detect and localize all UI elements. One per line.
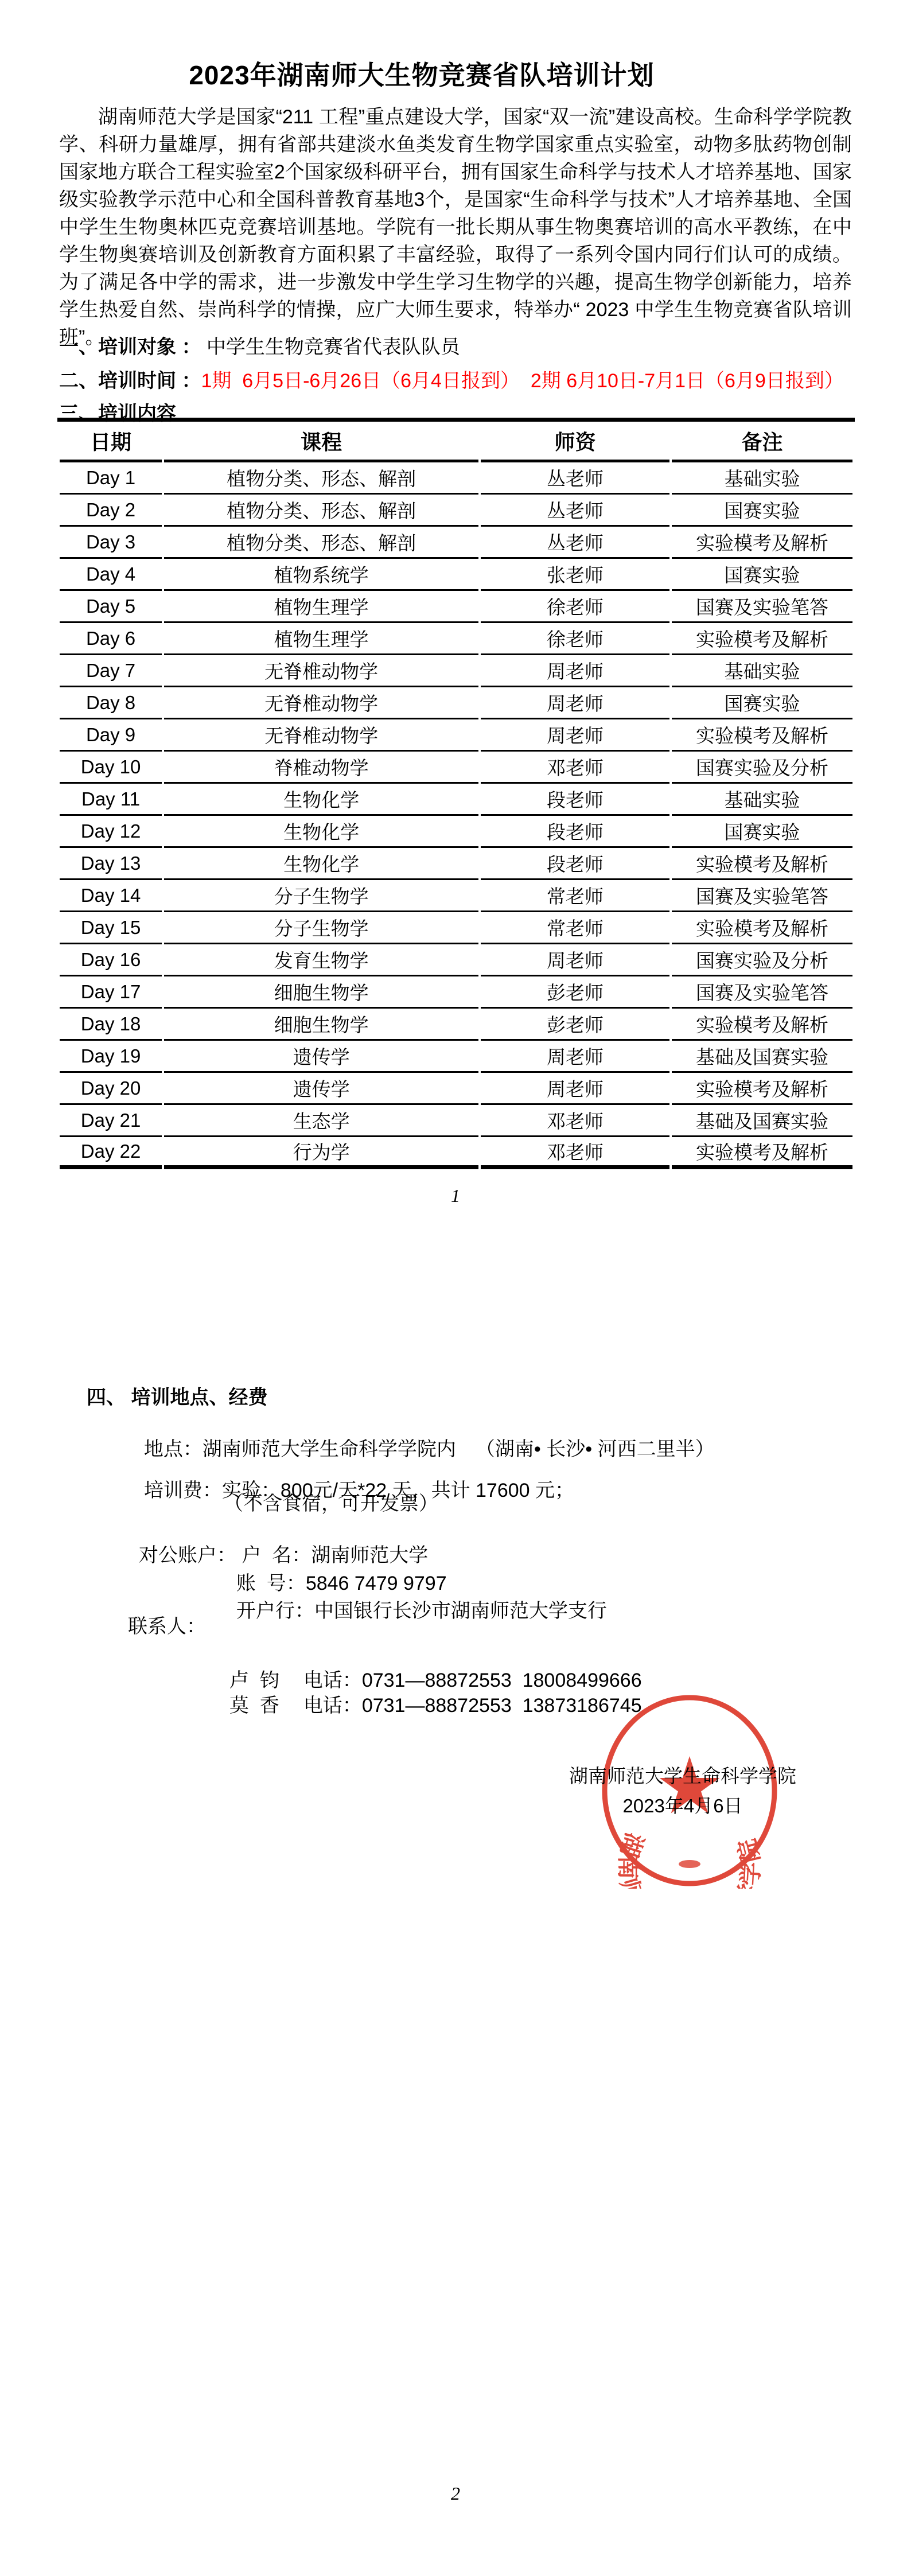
schedule-cell-note: 国赛实验 — [672, 559, 852, 591]
bank-label: 开户行： — [236, 1600, 314, 1622]
schedule-cell-course: 植物系统学 — [164, 559, 478, 591]
schedule-row: Day 18 细胞生物学 彭老师 实验模考及解析 — [60, 1009, 852, 1041]
schedule-row: Day 3 植物分类、形态、解剖 丛老师 实验模考及解析 — [60, 527, 852, 559]
schedule-cell-teacher: 周老师 — [481, 1073, 669, 1105]
schedule-cell-note: 实验模考及解析 — [672, 912, 852, 944]
schedule-cell-day: Day 5 — [60, 591, 162, 623]
schedule-cell-course: 生物化学 — [164, 848, 478, 880]
schedule-cell-teacher: 彭老师 — [481, 1009, 669, 1041]
header-course: 课程 — [164, 422, 478, 462]
schedule-cell-teacher: 邓老师 — [481, 752, 669, 784]
schedule-cell-teacher: 丛老师 — [481, 495, 669, 527]
schedule-cell-note: 基础及国赛实验 — [672, 1041, 852, 1073]
schedule-cell-day: Day 21 — [60, 1105, 162, 1137]
schedule-cell-note: 基础及国赛实验 — [672, 1105, 852, 1137]
schedule-header-row: 日期 课程 师资 备注 — [60, 422, 852, 462]
schedule-cell-teacher: 周老师 — [481, 944, 669, 976]
contact-2-phone-label: 电话： — [303, 1695, 362, 1717]
schedule-cell-note: 国赛及实验笔答 — [672, 880, 852, 912]
schedule-cell-teacher: 周老师 — [481, 655, 669, 687]
schedule-cell-teacher: 段老师 — [481, 816, 669, 848]
schedule-cell-course: 发育生物学 — [164, 944, 478, 976]
schedule-cell-note: 基础实验 — [672, 784, 852, 816]
schedule-cell-note: 国赛实验及分析 — [672, 752, 852, 784]
section1-value: 中学生生物竞赛省代表队队员 — [201, 336, 460, 358]
schedule-cell-course: 植物生理学 — [164, 591, 478, 623]
stamp-ring-text: 湖南师范大学生命科学学院 — [615, 1830, 765, 1889]
section2-label: 二、培训时间 ： — [59, 370, 201, 392]
schedule-cell-course: 遗传学 — [164, 1073, 478, 1105]
schedule-cell-course: 植物生理学 — [164, 623, 478, 655]
schedule-cell-day: Day 1 — [60, 462, 162, 495]
document-title: 2023年湖南师大生物竞赛省队培训计划 — [0, 55, 843, 92]
schedule-cell-day: Day 18 — [60, 1009, 162, 1041]
schedule-cell-day: Day 15 — [60, 912, 162, 944]
schedule-row: Day 10 脊椎动物学 邓老师 国赛实验及分析 — [60, 752, 852, 784]
schedule-cell-course: 脊椎动物学 — [164, 752, 478, 784]
schedule-cell-course: 遗传学 — [164, 1041, 478, 1073]
contacts-label: 联系人： — [128, 1610, 206, 1639]
schedule-cell-day: Day 3 — [60, 527, 162, 559]
schedule-cell-course: 植物分类、形态、解剖 — [164, 462, 478, 495]
fee-note: （不含食宿，可开发票） — [224, 1488, 438, 1516]
schedule-cell-note: 实验模考及解析 — [672, 719, 852, 752]
schedule-cell-course: 生态学 — [164, 1105, 478, 1137]
section1-label: 一、培训对象 ： — [59, 336, 201, 358]
schedule-row: Day 14 分子生物学 常老师 国赛及实验笔答 — [60, 880, 852, 912]
schedule-cell-course: 细胞生物学 — [164, 976, 478, 1009]
schedule-row: Day 13 生物化学 段老师 实验模考及解析 — [60, 848, 852, 880]
schedule-cell-note: 基础实验 — [672, 462, 852, 495]
account-bank-line: 开户行：中国银行长沙市湖南师范大学支行 — [225, 1573, 607, 1623]
signature-org: 湖南师范大学生命科学学院 — [562, 1761, 803, 1791]
schedule-cell-note: 实验模考及解析 — [672, 1073, 852, 1105]
schedule-cell-day: Day 12 — [60, 816, 162, 848]
fee-label: 培训费： — [144, 1480, 222, 1501]
schedule-cell-day: Day 9 — [60, 719, 162, 752]
schedule-row: Day 16 发育生物学 周老师 国赛实验及分析 — [60, 944, 852, 976]
schedule-cell-course: 行为学 — [164, 1137, 478, 1169]
schedule-cell-teacher: 张老师 — [481, 559, 669, 591]
schedule-cell-day: Day 17 — [60, 976, 162, 1009]
schedule-row: Day 20 遗传学 周老师 实验模考及解析 — [60, 1073, 852, 1105]
schedule-cell-note: 实验模考及解析 — [672, 623, 852, 655]
schedule-row: Day 9 无脊椎动物学 周老师 实验模考及解析 — [60, 719, 852, 752]
schedule-cell-teacher: 段老师 — [481, 848, 669, 880]
schedule-cell-day: Day 16 — [60, 944, 162, 976]
schedule-cell-day: Day 13 — [60, 848, 162, 880]
intro-paragraph: 湖南师范大学是国家“211 工程”重点建设大学，国家“双一流”建设高校。生命科学… — [59, 103, 852, 351]
schedule-cell-day: Day 20 — [60, 1073, 162, 1105]
contact-person-2: 莫 香电话：0731—88872553 13873186745 — [219, 1667, 642, 1718]
schedule-cell-teacher: 段老师 — [481, 784, 669, 816]
schedule-cell-teacher: 丛老师 — [481, 527, 669, 559]
schedule-cell-course: 无脊椎动物学 — [164, 655, 478, 687]
schedule-cell-teacher: 邓老师 — [481, 1105, 669, 1137]
schedule-cell-day: Day 10 — [60, 752, 162, 784]
schedule-cell-note: 基础实验 — [672, 655, 852, 687]
schedule-row: Day 12 生物化学 段老师 国赛实验 — [60, 816, 852, 848]
schedule-cell-teacher: 周老师 — [481, 1041, 669, 1073]
schedule-cell-teacher: 周老师 — [481, 719, 669, 752]
schedule-cell-note: 国赛及实验笔答 — [672, 976, 852, 1009]
page-number-1: 1 — [0, 1185, 911, 1207]
schedule-row: Day 11 生物化学 段老师 基础实验 — [60, 784, 852, 816]
schedule-cell-teacher: 常老师 — [481, 912, 669, 944]
schedule-row: Day 5 植物生理学 徐老师 国赛及实验笔答 — [60, 591, 852, 623]
schedule-row: Day 8 无脊椎动物学 周老师 国赛实验 — [60, 687, 852, 719]
schedule-row: Day 21 生态学 邓老师 基础及国赛实验 — [60, 1105, 852, 1137]
schedule-cell-note: 国赛实验 — [672, 687, 852, 719]
schedule-cell-note: 国赛实验 — [672, 495, 852, 527]
schedule-cell-note: 实验模考及解析 — [672, 848, 852, 880]
header-teacher: 师资 — [481, 422, 669, 462]
schedule-table-wrap: 日期 课程 师资 备注 Day 1 植物分类、形态、解剖 丛老师 基础实验 Da… — [57, 418, 855, 1169]
schedule-cell-teacher: 丛老师 — [481, 462, 669, 495]
signature-block: 湖南师范大学生命科学学院 2023年4月6日 — [562, 1761, 803, 1821]
scanned-training-plan-document: { "document": { "title": "2023年湖南师大生物竞赛省… — [0, 0, 911, 2576]
schedule-cell-teacher: 徐老师 — [481, 623, 669, 655]
account-label: 对公账户： — [139, 1544, 236, 1566]
schedule-row: Day 4 植物系统学 张老师 国赛实验 — [60, 559, 852, 591]
schedule-cell-note: 实验模考及解析 — [672, 1137, 852, 1169]
page-number-2: 2 — [0, 2483, 911, 2504]
schedule-cell-note: 国赛实验 — [672, 816, 852, 848]
stamp-ring-text-container: 湖南师范大学生命科学学院 — [615, 1830, 765, 1889]
header-note: 备注 — [672, 422, 852, 462]
schedule-cell-teacher: 周老师 — [481, 687, 669, 719]
schedule-cell-day: Day 6 — [60, 623, 162, 655]
schedule-cell-day: Day 19 — [60, 1041, 162, 1073]
section-training-time: 二、培训时间 ：1期 6月5日-6月26日（6月4日报到） 2期 6月10日-7… — [59, 365, 844, 393]
schedule-cell-course: 植物分类、形态、解剖 — [164, 495, 478, 527]
schedule-cell-teacher: 徐老师 — [481, 591, 669, 623]
schedule-cell-course: 无脊椎动物学 — [164, 687, 478, 719]
schedule-cell-day: Day 14 — [60, 880, 162, 912]
schedule-cell-day: Day 11 — [60, 784, 162, 816]
schedule-row: Day 22 行为学 邓老师 实验模考及解析 — [60, 1137, 852, 1169]
schedule-cell-course: 分子生物学 — [164, 912, 478, 944]
schedule-row: Day 1 植物分类、形态、解剖 丛老师 基础实验 — [60, 462, 852, 495]
schedule-cell-day: Day 8 — [60, 687, 162, 719]
schedule-cell-teacher: 邓老师 — [481, 1137, 669, 1169]
schedule-cell-course: 植物分类、形态、解剖 — [164, 527, 478, 559]
schedule-cell-course: 生物化学 — [164, 816, 478, 848]
schedule-row: Day 7 无脊椎动物学 周老师 基础实验 — [60, 655, 852, 687]
schedule-cell-course: 细胞生物学 — [164, 1009, 478, 1041]
schedule-cell-teacher: 常老师 — [481, 880, 669, 912]
schedule-cell-day: Day 7 — [60, 655, 162, 687]
schedule-row: Day 6 植物生理学 徐老师 实验模考及解析 — [60, 623, 852, 655]
schedule-cell-day: Day 22 — [60, 1137, 162, 1169]
schedule-cell-teacher: 彭老师 — [481, 976, 669, 1009]
schedule-cell-note: 国赛及实验笔答 — [672, 591, 852, 623]
schedule-row: Day 15 分子生物学 常老师 实验模考及解析 — [60, 912, 852, 944]
stamp-bottom-mark — [679, 1860, 700, 1868]
schedule-cell-course: 无脊椎动物学 — [164, 719, 478, 752]
schedule-row: Day 19 遗传学 周老师 基础及国赛实验 — [60, 1041, 852, 1073]
section-training-target: 一、培训对象 ： 中学生生物竞赛省代表队队员 — [59, 331, 460, 359]
schedule-cell-note: 实验模考及解析 — [672, 527, 852, 559]
section2-dates-highlight: 1期 6月5日-6月26日（6月4日报到） 2期 6月10日-7月1日（6月9日… — [201, 370, 843, 392]
schedule-row: Day 2 植物分类、形态、解剖 丛老师 国赛实验 — [60, 495, 852, 527]
schedule-cell-day: Day 4 — [60, 559, 162, 591]
section-location-fee: 四、 培训地点、经费 — [87, 1382, 267, 1410]
schedule-cell-note: 实验模考及解析 — [672, 1009, 852, 1041]
schedule-cell-day: Day 2 — [60, 495, 162, 527]
schedule-table: 日期 课程 师资 备注 Day 1 植物分类、形态、解剖 丛老师 基础实验 Da… — [57, 418, 855, 1169]
schedule-cell-note: 国赛实验及分析 — [672, 944, 852, 976]
schedule-cell-course: 生物化学 — [164, 784, 478, 816]
bank-value: 中国银行长沙市湖南师范大学支行 — [314, 1600, 607, 1622]
contact-2-name: 莫 香 — [229, 1690, 279, 1718]
schedule-cell-course: 分子生物学 — [164, 880, 478, 912]
schedule-row: Day 17 细胞生物学 彭老师 国赛及实验笔答 — [60, 976, 852, 1009]
signature-date: 2023年4月6日 — [562, 1791, 803, 1821]
header-date: 日期 — [60, 422, 162, 462]
